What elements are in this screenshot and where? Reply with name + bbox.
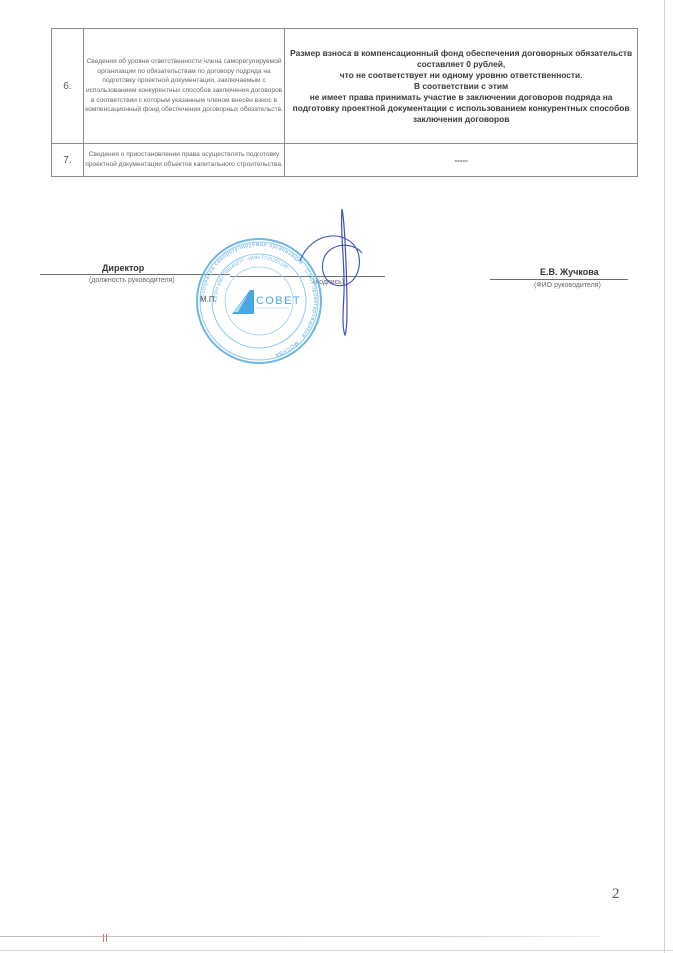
page-number: 2 [612,886,620,903]
empty-value-dash: ----- [454,156,467,165]
value-line: подготовку проектной документации с испо… [285,103,637,114]
stamp-place-label: М.П. [200,295,217,304]
value-line: не имеет права принимать участие в заклю… [285,92,637,103]
row-number: 7. [52,144,84,177]
position-title: Директор [102,263,144,273]
table-row: 6. Сведения об уровне ответственности чл… [52,29,638,144]
position-caption: (должность руководителя) [89,277,175,284]
row-value: ----- [285,144,638,177]
name-line [490,279,628,280]
value-line: что не соответствует ни одному уровню от… [285,70,637,81]
scan-mark [103,934,107,942]
value-line: В соответствии с этим [285,81,637,92]
director-name: Е.В. Жучкова [540,267,599,277]
value-line: Размер взноса в компенсационный фонд обе… [285,48,637,59]
name-caption: (ФИО руководителя) [534,282,601,289]
page-edge [0,950,673,951]
handwritten-signature-icon [290,203,380,343]
registry-table: 6. Сведения об уровне ответственности чл… [51,28,638,177]
row-label: Сведения о приостановлении права осущест… [83,144,284,177]
row-label: Сведения об уровне ответственности члена… [83,29,284,144]
row-number: 6. [52,29,84,144]
row-value: Размер взноса в компенсационный фонд обе… [285,29,638,144]
value-line: заключения договоров [285,114,637,125]
value-line: составляет 0 рублей, [285,59,637,70]
page-edge [664,0,665,953]
table-row: 7. Сведения о приостановлении права осущ… [52,144,638,177]
scan-bottom-rule [0,936,600,937]
